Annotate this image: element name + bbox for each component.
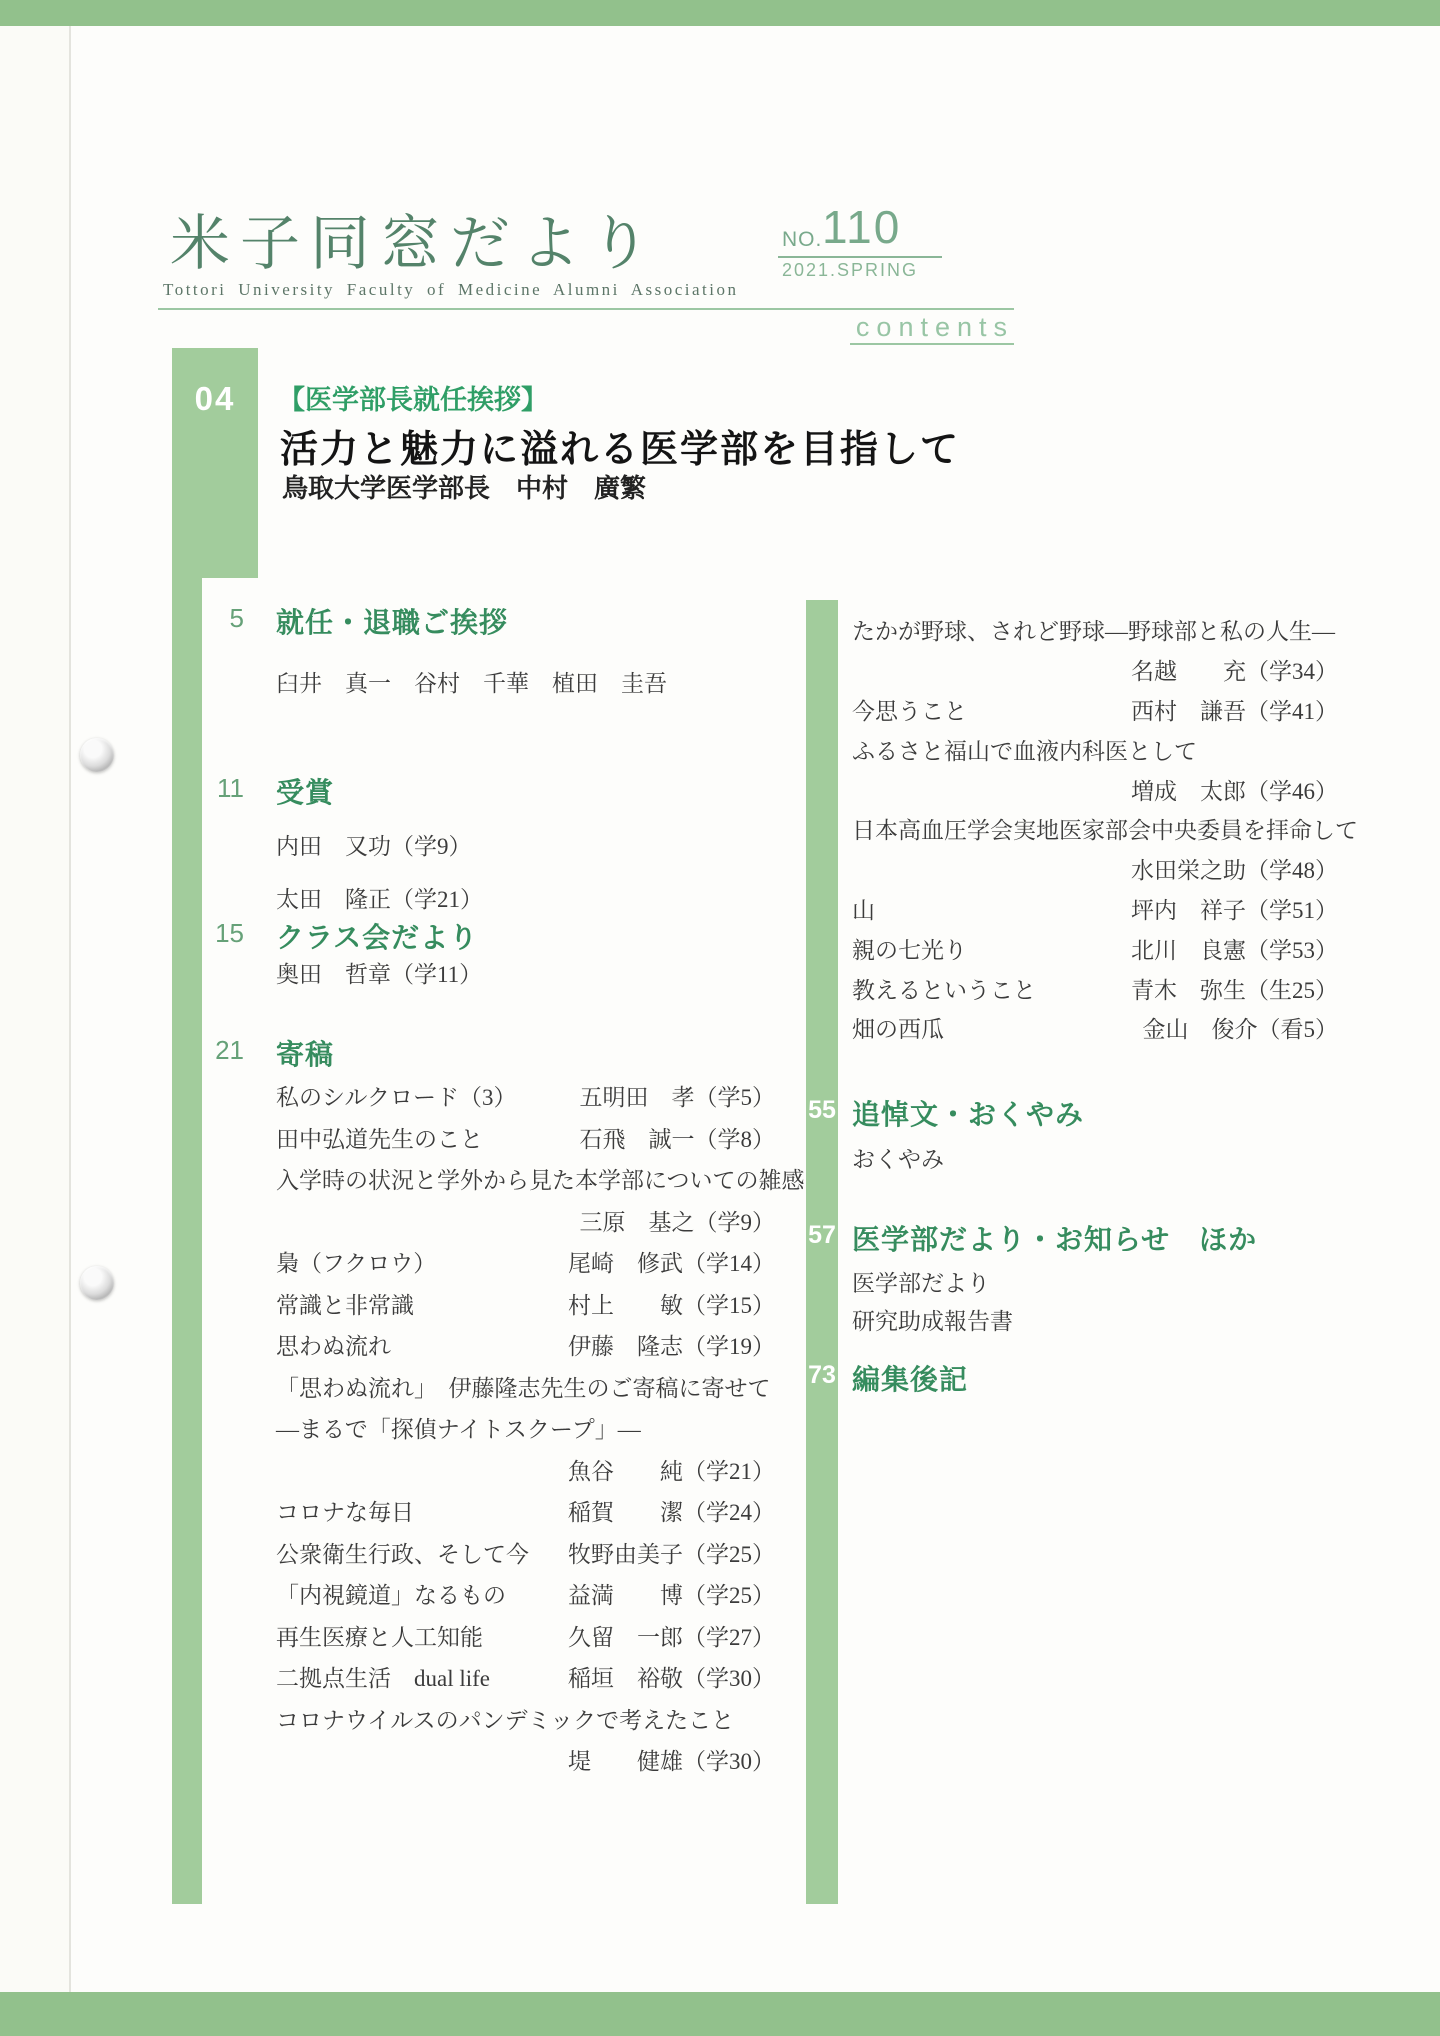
toc-row: 増成 太郎（学46）: [852, 769, 1338, 809]
binder-hole-bottom: [80, 1266, 114, 1300]
feature-headline: 活力と魅力に溢れる医学部を目指して: [280, 418, 960, 473]
toc-row: 名越 充（学34）: [852, 650, 1338, 690]
contents-heading: contents: [814, 312, 1014, 343]
issue-no-label: NO.: [782, 228, 822, 252]
section-heading-appointments: 就任・退職ご挨拶: [276, 601, 508, 641]
section-heading-class-news: クラス会だより: [276, 916, 478, 956]
toc-row: 梟（フクロウ）尾崎 修武（学14）: [276, 1241, 775, 1283]
masthead-rule: [158, 308, 1014, 310]
toc-row: 水田栄之助（学48）: [852, 849, 1338, 889]
section-heading-editors-note: 編集後記: [852, 1358, 968, 1398]
essays-list: たかが野球、されど野球―野球部と私の人生― 名越 充（学34） 今思うこと西村 …: [852, 610, 1338, 1048]
toc-row: 教えるということ青木 弥生（生25）: [852, 968, 1338, 1008]
binder-hole-top: [80, 738, 114, 772]
toc-row: 思わぬ流れ伊藤 隆志（学19）: [276, 1324, 775, 1366]
scan-edge-bottom: [0, 1992, 1440, 2036]
toc-line: 研究助成報告書: [852, 1307, 1013, 1337]
section-page-number-on-bar: 55: [806, 1096, 838, 1125]
toc-row: 二拠点生活 dual life稲垣 裕敬（学30）: [276, 1656, 775, 1698]
section-page-number-on-bar: 57: [806, 1221, 838, 1250]
toc-row: 公衆衛生行政、そして今牧野由美子（学25）: [276, 1532, 775, 1574]
section-heading-contributions: 寄稿: [276, 1033, 334, 1073]
toc-line: 奥田 哲章（学11）: [276, 960, 482, 990]
toc-row: 親の七光り北川 良憲（学53）: [852, 928, 1338, 968]
toc-line: 臼井 真一 谷村 千華 植田 圭吾: [276, 669, 667, 699]
toc-row: 「思わぬ流れ」 伊藤隆志先生のご寄稿に寄せて: [276, 1366, 775, 1408]
toc-row: 山坪内 祥子（学51）: [852, 889, 1338, 929]
section-heading-awards: 受賞: [276, 771, 334, 811]
section-heading-obituaries: 追悼文・おくやみ: [852, 1093, 1084, 1133]
section-page-number: 21: [196, 1035, 244, 1066]
toc-line: おくやみ: [852, 1145, 944, 1175]
toc-row: 魚谷 純（学21）: [276, 1449, 775, 1491]
section-page-number: 15: [196, 918, 244, 949]
toc-line: 医学部だより: [852, 1269, 990, 1299]
scanned-newsletter-page: 米子同窓だより NO. 110 2021.SPRING Tottori Univ…: [0, 0, 1440, 2036]
toc-row: 再生医療と人工知能久留 一郎（学27）: [276, 1615, 775, 1657]
issue-number: 110: [822, 200, 901, 254]
toc-row: 日本高血圧学会実地医家部会中央委員を拝命して: [852, 809, 1338, 849]
issue-season: 2021.SPRING: [782, 260, 918, 281]
toc-row: 私のシルクロード（3）五明田 孝（学5）: [276, 1075, 775, 1117]
toc-row: ―まるで「探偵ナイトスクープ」―: [276, 1407, 775, 1449]
feature-page-number: 04: [172, 380, 258, 418]
feature-kicker: 【医学部長就任挨拶】: [278, 378, 548, 417]
toc-line: 太田 隆正（学21）: [276, 885, 483, 915]
toc-row: 入学時の状況と学外から見た本学部についての雑感: [276, 1158, 775, 1200]
section-page-number-on-bar: 73: [806, 1361, 838, 1390]
toc-row: ふるさと福山で血液内科医として: [852, 729, 1338, 769]
toc-row: たかが野球、されど野球―野球部と私の人生―: [852, 610, 1338, 650]
scan-edge-top: [0, 0, 1440, 26]
association-name-en: Tottori University Faculty of Medicine A…: [163, 280, 739, 300]
right-accent-bar: [806, 600, 838, 1904]
toc-row: 三原 基之（学9）: [276, 1200, 775, 1242]
toc-line: 内田 又功（学9）: [276, 832, 472, 862]
toc-row: 「内視鏡道」なるもの益満 博（学25）: [276, 1573, 775, 1615]
toc-row: コロナウイルスのパンデミックで考えたこと: [276, 1698, 775, 1740]
section-heading-faculty-news: 医学部だより・お知らせ ほか: [852, 1218, 1257, 1258]
newsletter-title: 米子同窓だより: [170, 196, 660, 282]
feature-page-number-box: 04: [172, 348, 258, 578]
contents-underline: [850, 343, 1014, 345]
feature-author: 鳥取大学医学部長 中村 廣繁: [282, 468, 646, 505]
section-page-number: 5: [196, 603, 244, 634]
paper-fold-line: [69, 26, 71, 1992]
toc-row: 堤 健雄（学30）: [276, 1739, 775, 1781]
toc-row: 今思うこと西村 謙吾（学41）: [852, 690, 1338, 730]
toc-row: 常識と非常識村上 敏（学15）: [276, 1283, 775, 1325]
toc-row: 田中弘道先生のこと石飛 誠一（学8）: [276, 1117, 775, 1159]
paper-margin-strip: [0, 26, 69, 1992]
contributions-list: 私のシルクロード（3）五明田 孝（学5） 田中弘道先生のこと石飛 誠一（学8） …: [276, 1075, 775, 1781]
section-page-number: 11: [196, 773, 244, 804]
toc-row: コロナな毎日稲賀 潔（学24）: [276, 1490, 775, 1532]
toc-row: 畑の西瓜金山 俊介（看5）: [852, 1008, 1338, 1048]
issue-underline: [778, 256, 942, 258]
